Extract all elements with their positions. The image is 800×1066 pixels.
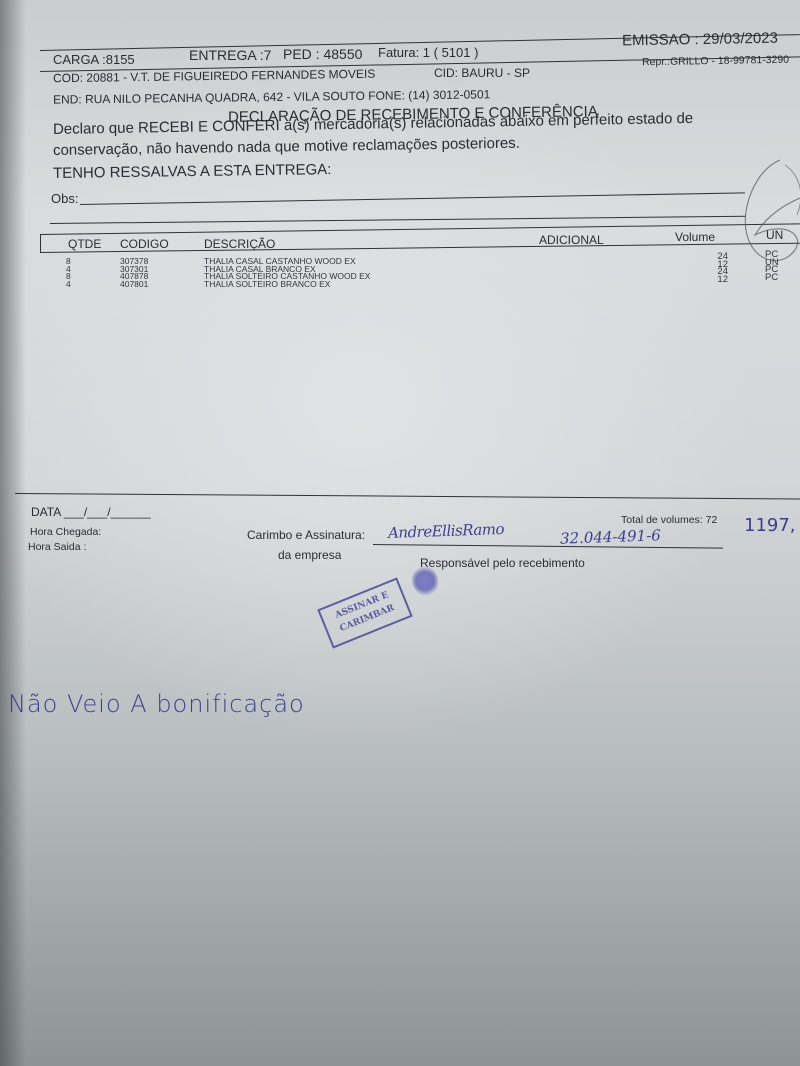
declaration-line-2: conservação, não havendo nada que motive… [53,135,520,159]
descricao-column: THALIA CASAL CASTANHO WOOD EX THALIA CAS… [204,258,370,288]
rg-number: 32.044-491-6 [560,526,661,548]
ressalvas-label: TENHO RESSALVAS A ESTA ENTREGA: [53,161,332,182]
handwritten-number: 1197, [744,515,796,536]
representante: Repr.:GRILLO - 18-99781-3290 [642,54,789,69]
col-descricao: DESCRIÇÃO [204,237,275,251]
table-row-volume: 12 [714,276,728,284]
volume-column: 24 12 24 12 [714,253,728,283]
qtde-column: 8 4 8 4 [66,258,71,288]
entrega: ENTREGA :7 [189,47,271,63]
da-empresa-label: da empresa [278,548,341,562]
carga: CARGA :8155 [53,52,135,67]
pencil-scribble [735,155,800,280]
table-row-descricao: THALIA SOLTEIRO BRANCO EX [204,281,370,289]
carimbo-label: Carimbo e Assinatura: [247,528,365,542]
col-adicional: ADICIONAL [539,233,604,247]
col-volume: Volume [675,230,715,244]
signature: AndreEllisRamo [388,520,505,542]
col-qtde: QTDE [68,237,101,251]
pedido: PED : 48550 [283,46,362,62]
footer-top-rule [15,493,800,499]
col-codigo: CODIGO [120,237,169,251]
fatura: Fatura: 1 ( 5101 ) [378,45,478,60]
obs-line-2 [50,216,746,224]
handwritten-remark: Não Veio A bonificação [8,690,305,718]
data-field: DATA ___/___/______ [31,505,151,519]
cidade: CID: BAURU - SP [434,66,530,80]
table-row-qtde: 4 [66,281,71,289]
table-row-codigo: 407801 [120,281,148,289]
obs-line-1 [80,192,745,205]
codigo-column: 307378 307301 407878 407801 [120,258,148,288]
emissao-date: EMISSAO : 29/03/2023 [622,30,778,50]
table-left-border [40,235,41,253]
obs-label: Obs: [51,191,78,206]
assinar-carimbar-stamp: ASSINAR E CARIMBAR [317,577,412,648]
paper-shadow-edge [0,0,26,1066]
signature-line [373,544,723,549]
hora-chegada: Hora Chegada: [30,526,101,538]
total-volumes: Total de volumes: 72 [621,514,717,526]
hora-saida: Hora Saida : [28,541,86,553]
endereco: END: RUA NILO PECANHA QUADRA, 642 - VILA… [53,87,490,106]
stamp-ink-blot [412,566,438,596]
responsavel-label: Responsável pelo recebimento [420,556,585,570]
